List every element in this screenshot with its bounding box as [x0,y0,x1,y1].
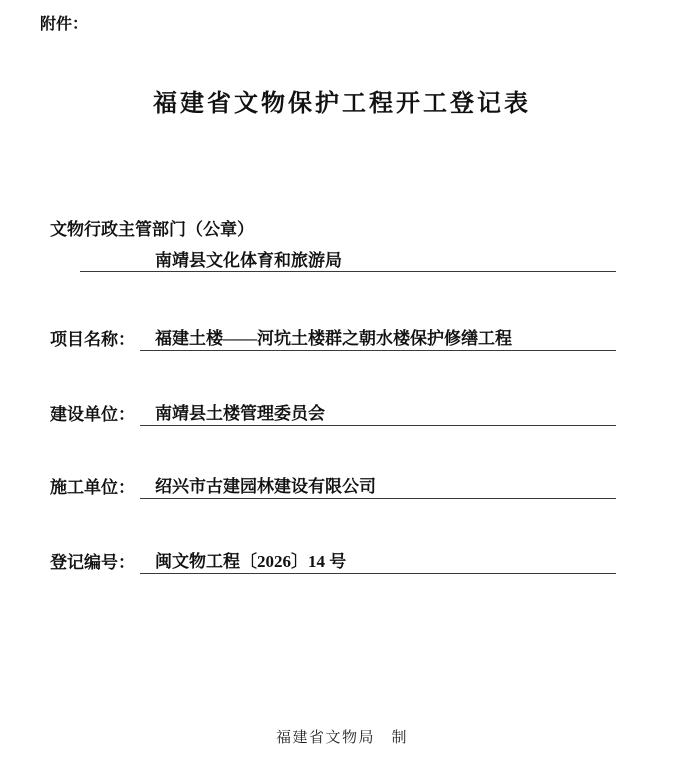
project-name-value: 福建土楼——河坑土楼群之朝水楼保护修缮工程 [155,329,512,348]
department-value: 南靖县文化体育和旅游局 [155,251,342,270]
registration-number-value: 闽文物工程〔2026〕14 号 [155,552,346,571]
construction-owner-value: 南靖县土楼管理委员会 [155,404,325,423]
project-name-underline: 福建土楼——河坑土楼群之朝水楼保护修缮工程 [140,327,616,351]
department-underline: 南靖县文化体育和旅游局 [80,249,616,272]
field-row-registration-number: 登记编号： 闽文物工程〔2026〕14 号 [50,550,616,574]
attachment-label: 附件： [40,11,88,34]
field-row-contractor: 施工单位： 绍兴市古建园林建设有限公司 [50,475,616,499]
project-name-label: 项目名称： [50,328,135,351]
registration-number-label: 登记编号： [50,551,135,574]
field-row-project-name: 项目名称： 福建土楼——河坑土楼群之朝水楼保护修缮工程 [50,327,616,351]
construction-owner-label: 建设单位： [50,403,135,426]
contractor-label: 施工单位： [50,476,135,499]
document-title: 福建省文物保护工程开工登记表 [0,83,684,118]
registration-number-underline: 闽文物工程〔2026〕14 号 [140,550,616,574]
contractor-underline: 绍兴市古建园林建设有限公司 [140,475,616,499]
department-seal-label: 文物行政主管部门（公章） [50,215,254,240]
issuing-authority-footer: 福建省文物局 制 [0,726,684,747]
field-row-construction-owner: 建设单位： 南靖县土楼管理委员会 [50,402,616,426]
construction-owner-underline: 南靖县土楼管理委员会 [140,402,616,426]
contractor-value: 绍兴市古建园林建设有限公司 [155,477,376,496]
